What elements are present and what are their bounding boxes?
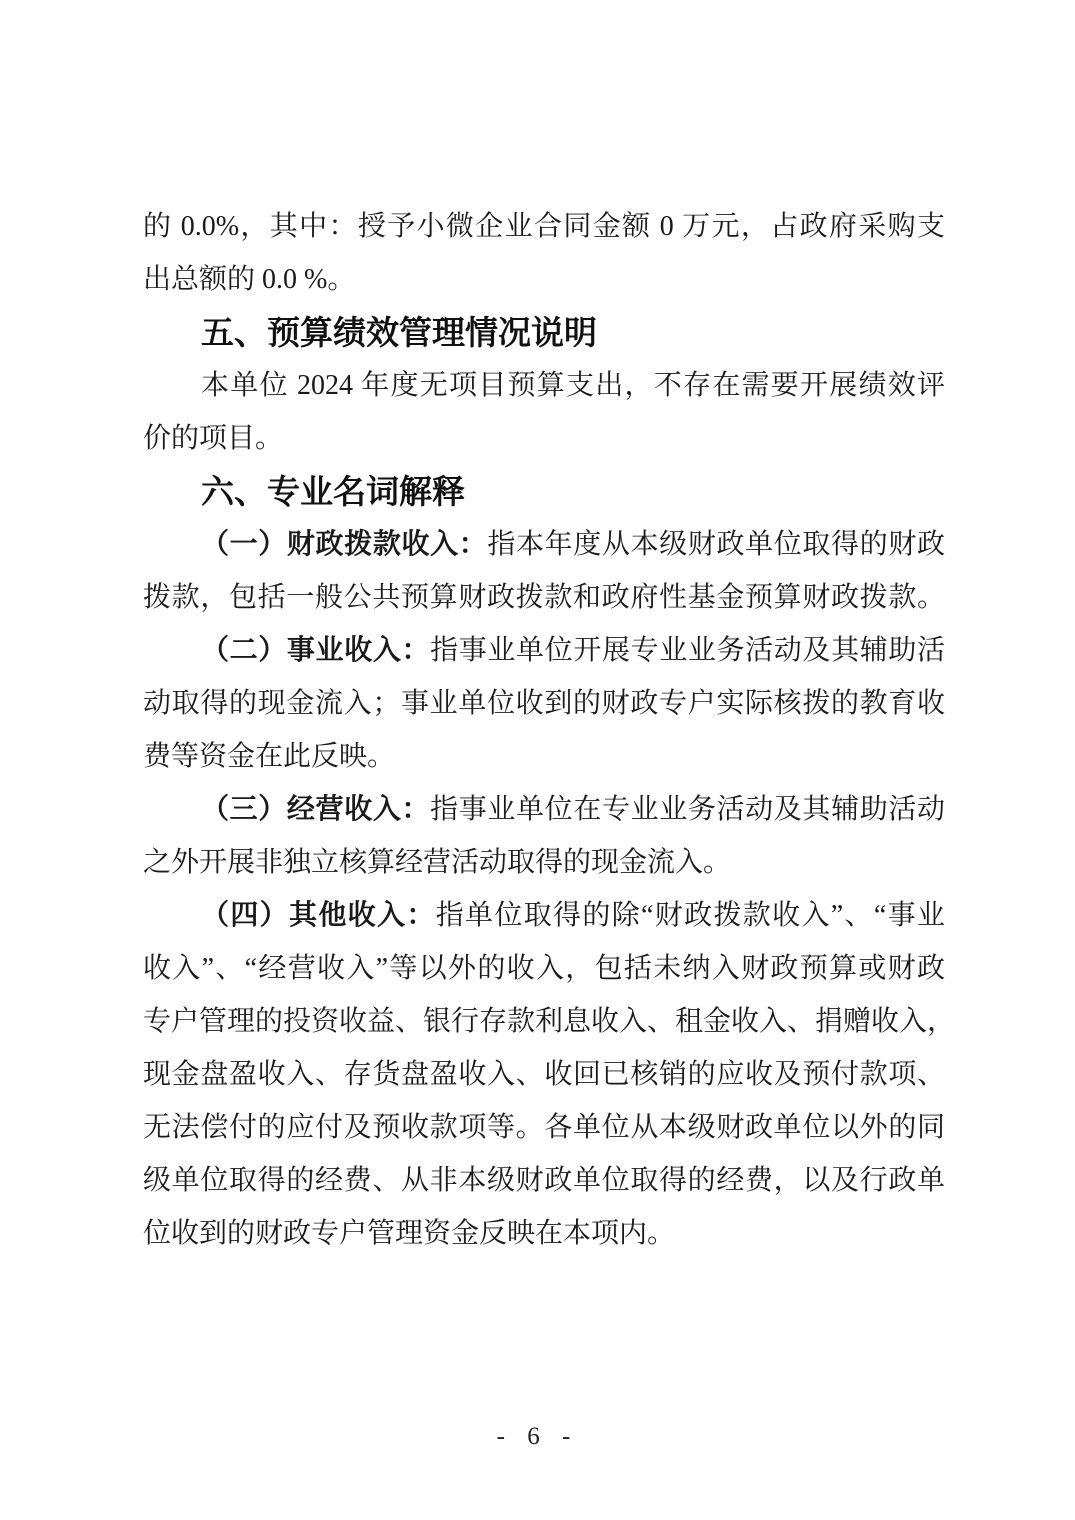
section-heading: 五、预算绩效管理情况说明 bbox=[143, 306, 945, 359]
body-line: 拨款，包括一般公共预算财政拨款和政府性基金预算财政拨款。 bbox=[143, 571, 945, 624]
document-page: 的 0.0%，其中：授予小微企业合同金额 0 万元，占政府采购支出总额的 0.0… bbox=[0, 0, 1075, 1520]
body-line: 收入”、“经营收入”等以外的收入，包括未纳入财政预算或财政 bbox=[143, 942, 945, 995]
body-line: 之外开展非独立核算经营活动取得的现金流入。 bbox=[143, 836, 945, 889]
line-text: 之外开展非独立核算经营活动取得的现金流入。 bbox=[143, 847, 731, 878]
line-text: 收入”、“经营收入”等以外的收入，包括未纳入财政预算或财政 bbox=[143, 953, 945, 984]
line-text: 本单位 2024 年度无项目预算支出，不存在需要开展绩效评 bbox=[201, 370, 945, 401]
line-text: 现金盘盈收入、存货盘盈收入、收回已核销的应收及预付款项、 bbox=[143, 1059, 945, 1090]
line-text: 拨款，包括一般公共预算财政拨款和政府性基金预算财政拨款。 bbox=[143, 582, 945, 613]
line-text: 专户管理的投资收益、银行存款利息收入、租金收入、捐赠收入， bbox=[143, 1006, 955, 1037]
body-line: （一）财政拨款收入：指本年度从本级财政单位取得的财政 bbox=[143, 518, 945, 571]
body-line: 专户管理的投资收益、银行存款利息收入、租金收入、捐赠收入， bbox=[143, 995, 945, 1048]
line-text: 位收到的财政专户管理资金反映在本项内。 bbox=[143, 1218, 675, 1249]
term-lead: （四）其他收入： bbox=[201, 900, 436, 931]
line-text: 六、专业名词解释 bbox=[201, 473, 465, 510]
body-line: 价的项目。 bbox=[143, 412, 945, 465]
line-text: 指事业单位开展专业业务活动及其辅助活 bbox=[430, 635, 945, 666]
line-text: 五、预算绩效管理情况说明 bbox=[201, 314, 597, 351]
line-text: 费等资金在此反映。 bbox=[143, 741, 395, 772]
line-text: 的 0.0%，其中：授予小微企业合同金额 0 万元，占政府采购支 bbox=[143, 211, 945, 242]
line-text: 动取得的现金流入；事业单位收到的财政专户实际核拨的教育收 bbox=[143, 688, 945, 719]
body-line: （四）其他收入：指单位取得的除“财政拨款收入”、“事业 bbox=[143, 889, 945, 942]
body-line: 无法偿付的应付及预收款项等。各单位从本级财政单位以外的同 bbox=[143, 1101, 945, 1154]
body-line: 动取得的现金流入；事业单位收到的财政专户实际核拨的教育收 bbox=[143, 677, 945, 730]
line-text: 出总额的 0.0 %。 bbox=[143, 264, 355, 295]
line-text: 无法偿付的应付及预收款项等。各单位从本级财政单位以外的同 bbox=[143, 1112, 945, 1143]
body-line: 级单位取得的经费、从非本级财政单位取得的经费，以及行政单 bbox=[143, 1154, 945, 1207]
term-lead: （二）事业收入： bbox=[201, 635, 430, 666]
term-lead: （三）经营收入： bbox=[201, 794, 430, 825]
line-text: 指单位取得的除“财政拨款收入”、“事业 bbox=[436, 900, 945, 931]
term-lead: （一）财政拨款收入： bbox=[201, 529, 487, 560]
line-text: 级单位取得的经费、从非本级财政单位取得的经费，以及行政单 bbox=[143, 1165, 945, 1196]
body-line: 位收到的财政专户管理资金反映在本项内。 bbox=[143, 1207, 945, 1260]
body-line: 现金盘盈收入、存货盘盈收入、收回已核销的应收及预付款项、 bbox=[143, 1048, 945, 1101]
document-body: 的 0.0%，其中：授予小微企业合同金额 0 万元，占政府采购支出总额的 0.0… bbox=[143, 200, 945, 1260]
line-text: 指本年度从本级财政单位取得的财政 bbox=[487, 529, 945, 560]
line-text: 价的项目。 bbox=[143, 423, 283, 454]
body-line: （三）经营收入：指事业单位在专业业务活动及其辅助活动 bbox=[143, 783, 945, 836]
body-line: 的 0.0%，其中：授予小微企业合同金额 0 万元，占政府采购支 bbox=[143, 200, 945, 253]
body-line: 本单位 2024 年度无项目预算支出，不存在需要开展绩效评 bbox=[143, 359, 945, 412]
line-text: 指事业单位在专业业务活动及其辅助活动 bbox=[430, 794, 945, 825]
body-line: 出总额的 0.0 %。 bbox=[143, 253, 945, 306]
page-number: - 6 - bbox=[0, 1415, 1075, 1459]
section-heading: 六、专业名词解释 bbox=[143, 465, 945, 518]
body-line: （二）事业收入：指事业单位开展专业业务活动及其辅助活 bbox=[143, 624, 945, 677]
body-line: 费等资金在此反映。 bbox=[143, 730, 945, 783]
